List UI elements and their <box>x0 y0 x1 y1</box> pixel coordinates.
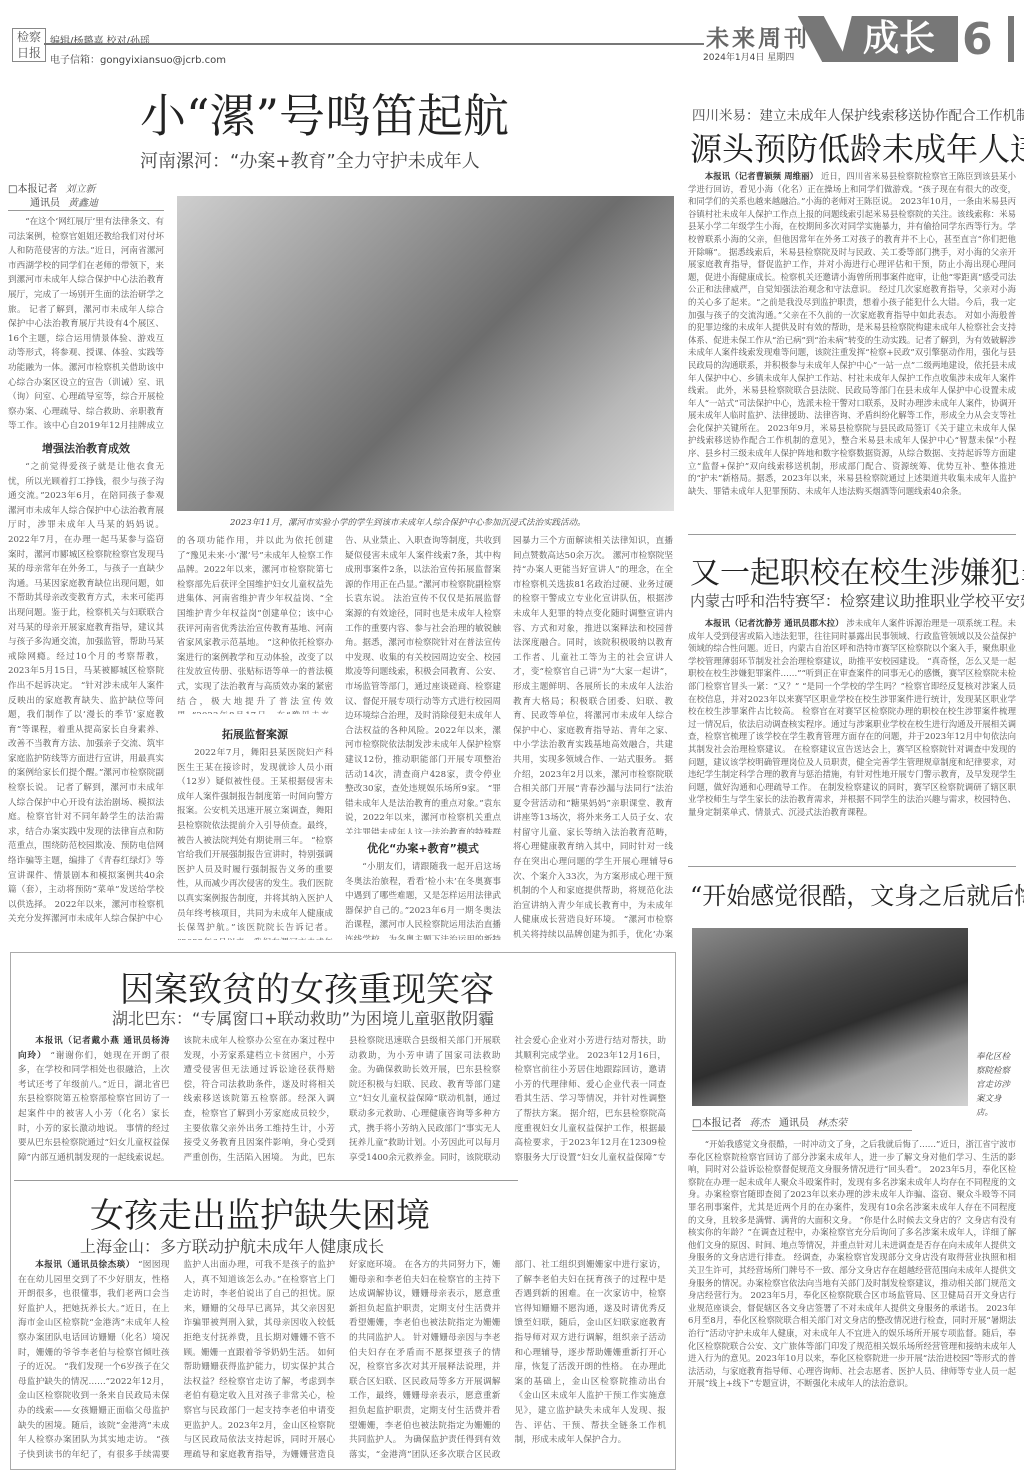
article1-col1-bottom: “之前觉得爱孩子就是让他衣食无忧，所以光顾着打工挣钱，很少与孩子沟通交流。”20… <box>8 460 164 940</box>
article1-col2: 的各项功能作用，并以此为依托创建了“豫见未来·小‘漯’号”未成年人检察工作品牌。… <box>177 534 333 714</box>
byline-name: 林杰荣 <box>817 1118 847 1129</box>
article2-lead-label: 本报讯（记者曹颖频 周维丽） <box>705 171 818 181</box>
article6-body: 本报讯（通讯员徐杰琰） “囡囡现在在幼儿园里交到了不少好朋友，性格开朗很多，也很… <box>18 1258 666 1466</box>
article2-text: 近日，四川省米易县检察院检察官王陈臣到该县某小学进行回访，看见小海（化名）正在操… <box>688 171 1016 496</box>
article1-col3-bottom: “小朋友们，请跟随我一起开启这场冬奥法治旅程，看看‘检小未’在冬奥赛事中遇到了哪… <box>345 860 501 940</box>
article1-byline-reporter: □本报记者刘立新 <box>8 180 95 195</box>
article4-byline-divider <box>692 1130 912 1131</box>
article3-lead-label: 本报讯（记者沈静芳 通讯员郡木拉） <box>705 618 844 628</box>
article1-col3: 告、从业禁止、入职查询等制度，共收到疑似侵害未成年人案件线索7条，其中构成刑事案… <box>345 534 501 834</box>
article1-byline-correspondent: 通讯员黄鑫迪 <box>30 194 98 209</box>
masthead-rule <box>44 43 704 45</box>
byline-label: □本报记者 <box>692 1118 741 1129</box>
article2-divider <box>688 534 1016 535</box>
article3-text: 涉未成年人案件诉源治理是一项系统工程。未成年人受到侵害或陷入违法犯罪，往往同时暴… <box>688 618 1016 817</box>
article5-headline: 因案致贫的女孩重现笑容 <box>120 962 494 1011</box>
article2-body: 本报讯（记者曹颖频 周维丽） 近日，四川省米易县检察院检察官王陈臣到该县某小学进… <box>688 170 1016 530</box>
article1-section-heading-2: 拓展监督案源 <box>177 726 333 742</box>
article1-col2-bottom: 2022年7月，舞阳县某医院妇产科医生王某在接诊时，发现就诊人员小雨（12岁）疑… <box>177 746 333 940</box>
article3-body: 本报讯（记者沈静芳 通讯员郡木拉） 涉未成年人案件诉源治理是一项系统工程。未成年… <box>688 617 1016 859</box>
article6-headline: 女孩走出监护缺失困境 <box>90 1188 430 1237</box>
article6-subhead: 上海金山：多方联动护航未成年人健康成长 <box>80 1234 384 1257</box>
article1-col1-top: “在这个‘网红展厅’里有法律条文、有司法案例，检察官姐姐还教给我们对付坏人和防范… <box>8 215 164 435</box>
byline-label: 通讯员 <box>779 1118 809 1129</box>
article5-divider <box>14 1180 518 1181</box>
weekly-title: 未来周刊 <box>706 20 810 53</box>
masthead-bar-decoration <box>1008 16 1014 62</box>
byline-divider <box>8 210 164 211</box>
section-name: 成长 <box>840 16 958 62</box>
article1-section-heading-3: 优化“办案+教育”模式 <box>345 840 501 856</box>
article4-body: “开始我感觉文身很酷，一时冲动文了身，之后我就后悔了……”近日，浙江省宁波市奉化… <box>688 1138 1016 1468</box>
article3-headline: 又一起职校在校生涉嫌犯罪案件？ <box>690 548 1024 592</box>
article1-photo <box>177 196 674 511</box>
byline-label: 通讯员 <box>30 198 60 209</box>
byline-name: 蒋杰 <box>749 1118 769 1129</box>
article4-photo <box>692 928 968 1106</box>
article1-section-heading-1: 增强法治教育成效 <box>8 440 164 456</box>
article1-col4: 园暴力三个方面解读相关法律知识，直播间点赞数高达50余万次。 漯河市检察院坚持“… <box>513 534 673 940</box>
article4-photo-caption: 奉化区检察院检察官走访涉案文身店。 <box>976 1050 1016 1120</box>
page-number: 6 <box>962 14 993 65</box>
article1-photo-caption: 2023年11月，漯河市实验小学的学生到该市未成年人综合保护中心参加沉浸式法治实… <box>230 516 585 528</box>
article2-kicker: 四川米易：建立未成年人保护线索移送协作配合工作机制 <box>692 104 1024 124</box>
article4-byline: □本报记者蒋杰 通讯员林杰荣 <box>692 1114 847 1129</box>
article1-headline: 小“漯”号鸣笛起航 <box>140 80 509 146</box>
article1-subhead: 河南漯河：“办案+教育”全力守护未成年人 <box>140 147 480 173</box>
article2-headline: 源头预防低龄未成年人违法犯罪 <box>690 124 1024 170</box>
article5-body: 本报讯（记者戴小燕 通讯员杨涛 向玲） “谢谢你们，她现在开朗了很多，在学校和同… <box>18 1034 666 1174</box>
article4-headline: “开始感觉很酷，文身之后就后悔了” <box>690 876 1024 911</box>
newspaper-logo: 检察日报 <box>12 28 46 62</box>
article6-lead-label: 本报讯（通讯员徐杰琰） <box>35 1260 135 1270</box>
contact-email: 电子信箱：gongyixiansuo@jcrb.com <box>50 51 226 66</box>
article5-subhead: 湖北巴东：“专属窗口+联动救助”为困境儿童驱散阴霾 <box>112 1006 494 1029</box>
issue-date: 2024年1月4日 星期四 <box>703 50 794 63</box>
article3-subhead: 内蒙古呼和浩特赛罕：检察建议助推职业学校平安建设 <box>690 590 1024 611</box>
article3-divider <box>688 866 1016 867</box>
byline-name: 黄鑫迪 <box>68 198 98 209</box>
article5-text: “谢谢你们，她现在开朗了很多，在学校和同学相处也很融洽，上次考试还考了年级前八。… <box>18 1036 666 1163</box>
article6-text: “囡囡现在在幼儿园里交到了不少好朋友，性格开朗很多，也很懂事，我们老两口会当好监… <box>18 1260 666 1460</box>
